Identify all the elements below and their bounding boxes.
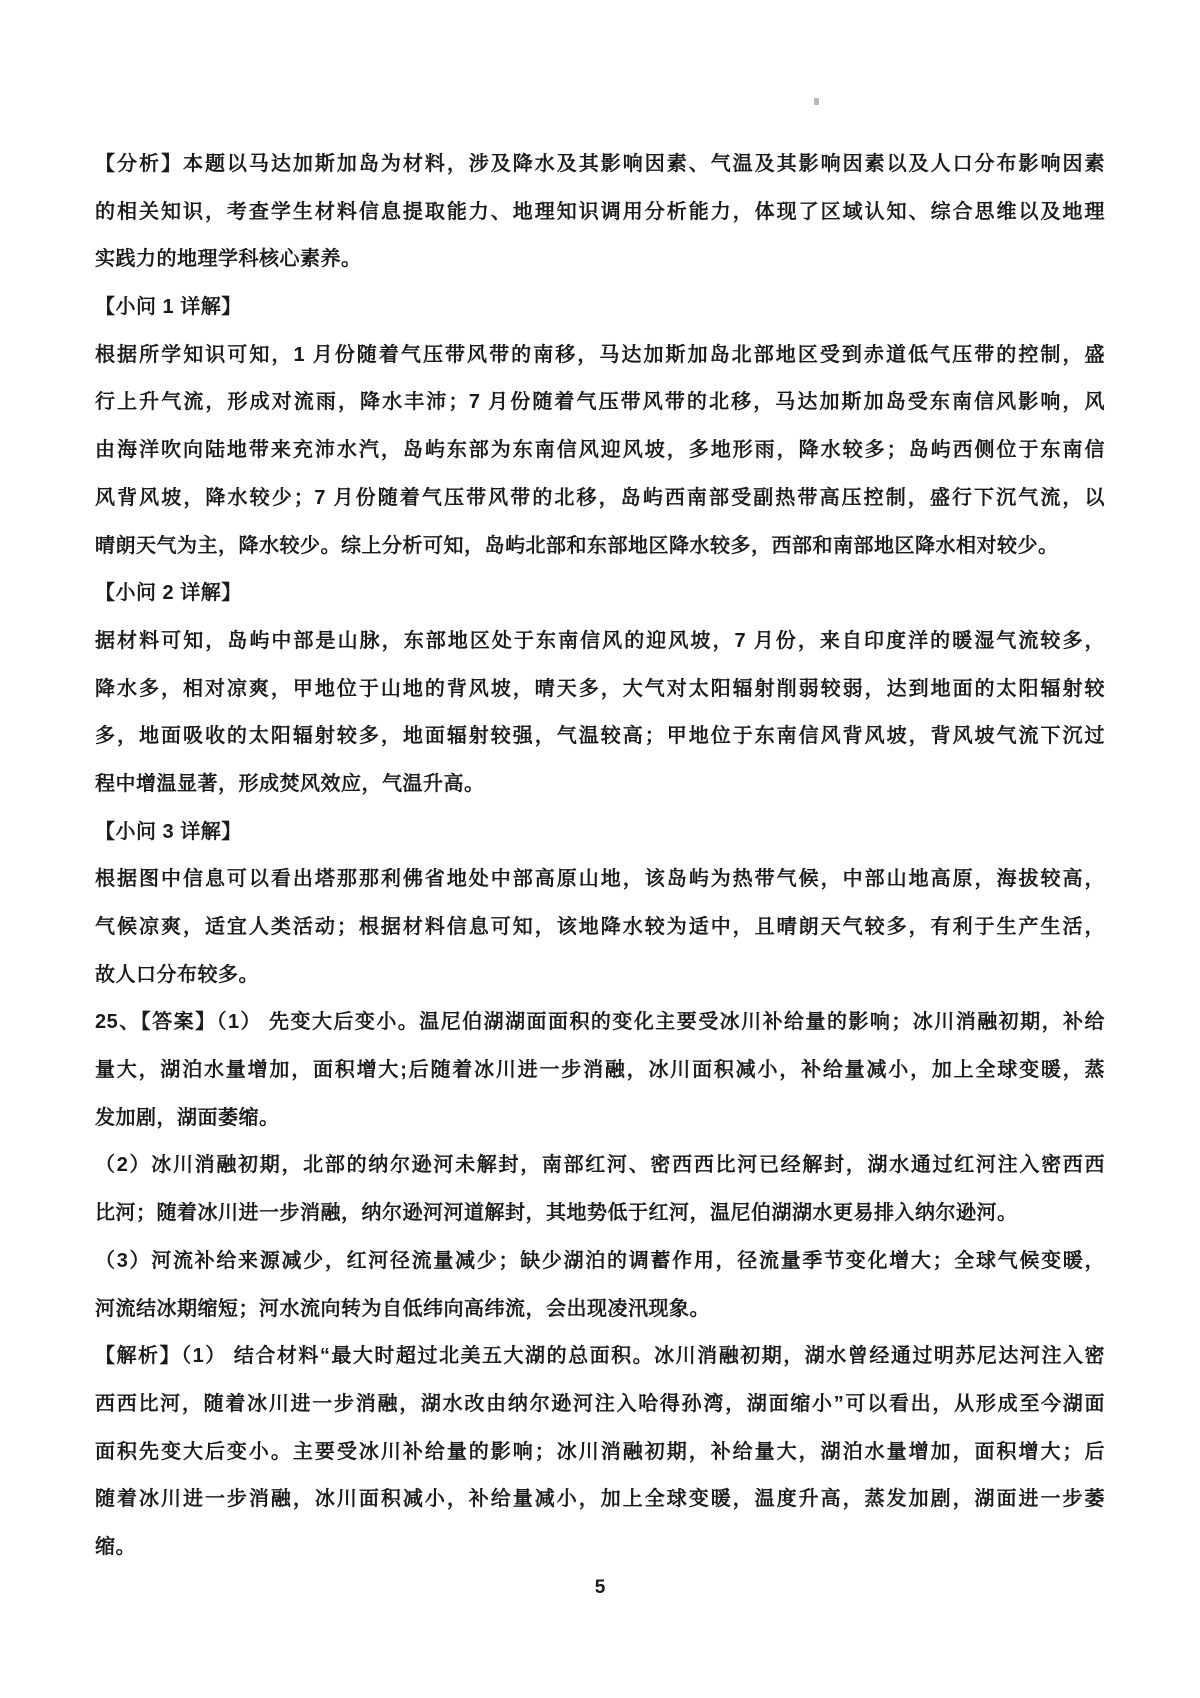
question-25-answer-part3-line: （3）河流补给来源减少，红河径流量减少；缺少湖泊的调蓄作用，径流量季节变化增大；… (95, 1238, 1105, 1286)
question-25-answer-part1-line: 25、【答案】（1） 先变大后变小。温尼伯湖湖面面积的变化主要受冰川补给量的影响… (95, 999, 1105, 1047)
subquestion-2-detail-line: 程中增温显著，形成焚风效应，气温升高。 (95, 761, 1105, 809)
subquestion-2-detail-line: 降水多，相对凉爽，甲地位于山地的背风坡，晴天多，大气对太阳辐射削弱较弱，达到地面… (95, 666, 1105, 714)
subquestion-3-heading-line: 【小问 3 详解】 (95, 809, 1105, 857)
subquestion-3-detail-line: 故人口分布较多。 (95, 952, 1105, 1000)
analysis-line: 的相关知识，考查学生材料信息提取能力、地理知识调用分析能力，体现了区域认知、综合… (95, 189, 1105, 237)
analysis-line: 【分析】本题以马达加斯加岛为材料，涉及降水及其影响因素、气温及其影响因素以及人口… (95, 141, 1105, 189)
subquestion-1-heading-line: 【小问 1 详解】 (95, 284, 1105, 332)
question-25-explanation-line: 面积先变大后变小。主要受冰川补给量的影响；冰川消融初期，补给量大，湖泊水量增加，… (95, 1429, 1105, 1477)
subquestion-1-detail-line: 风背风坡，降水较少；7 月份随着气压带风带的北移，岛屿西南部受副热带高压控制，盛… (95, 475, 1105, 523)
subquestion-1-detail-line: 根据所学知识可知，1 月份随着气压带风带的南移，马达加斯加岛北部地区受到赤道低气… (95, 332, 1105, 380)
stray-dot-mark (814, 98, 819, 105)
document-page: 【分析】本题以马达加斯加岛为材料，涉及降水及其影响因素、气温及其影响因素以及人口… (0, 0, 1200, 1698)
subquestion-2-detail-line: 据材料可知，岛屿中部是山脉，东部地区处于东南信风的迎风坡，7 月份，来自印度洋的… (95, 618, 1105, 666)
question-25-answer-part2-line: 比河；随着冰川进一步消融，纳尔逊河河道解封，其地势低于红河，温尼伯湖湖水更易排入… (95, 1190, 1105, 1238)
question-25-answer-part3-line: 河流结冰期缩短；河水流向转为自低纬向高纬流，会出现凌汛现象。 (95, 1286, 1105, 1334)
subquestion-1-detail-line: 行上升气流，形成对流雨，降水丰沛；7 月份随着气压带风带的北移，马达加斯加岛受东… (95, 379, 1105, 427)
question-25-answer-part1-line: 发加剧，湖面萎缩。 (95, 1095, 1105, 1143)
page-number: 5 (0, 1577, 1200, 1599)
question-25-explanation-line: 西西比河，随着冰川进一步消融，湖水改由纳尔逊河注入哈得孙湾，湖面缩小”可以看出，… (95, 1381, 1105, 1429)
analysis-line: 实践力的地理学科核心素养。 (95, 236, 1105, 284)
subquestion-1-detail-line: 晴朗天气为主，降水较少。综上分析可知，岛屿北部和东部地区降水较多，西部和南部地区… (95, 523, 1105, 571)
subquestion-2-detail-line: 多，地面吸收的太阳辐射较多，地面辐射较强，气温较高；甲地位于东南信风背风坡，背风… (95, 713, 1105, 761)
question-25-answer-part2-line: （2）冰川消融初期，北部的纳尔逊河未解封，南部红河、密西西比河已经解封，湖水通过… (95, 1142, 1105, 1190)
subquestion-1-detail-line: 由海洋吹向陆地带来充沛水汽，岛屿东部为东南信风迎风坡，多地形雨，降水较多；岛屿西… (95, 427, 1105, 475)
question-25-explanation-line: 【解析】（1） 结合材料“最大时超过北美五大湖的总面积。冰川消融初期，湖水曾经通… (95, 1333, 1105, 1381)
subquestion-3-detail-line: 气候凉爽，适宜人类活动；根据材料信息可知，该地降水较为适中，且晴朗天气较多，有利… (95, 904, 1105, 952)
question-25-explanation-line: 缩。 (95, 1524, 1105, 1572)
subquestion-2-heading-line: 【小问 2 详解】 (95, 570, 1105, 618)
question-25-explanation-line: 随着冰川进一步消融，冰川面积减小，补给量减小，加上全球变暖，温度升高，蒸发加剧，… (95, 1476, 1105, 1524)
document-body: 【分析】本题以马达加斯加岛为材料，涉及降水及其影响因素、气温及其影响因素以及人口… (95, 141, 1105, 1572)
subquestion-3-detail-line: 根据图中信息可以看出塔那那利佛省地处中部高原山地，该岛屿为热带气候，中部山地高原… (95, 856, 1105, 904)
question-25-answer-part1-line: 量大，湖泊水量增加，面积增大;后随着冰川进一步消融，冰川面积减小，补给量减小，加… (95, 1047, 1105, 1095)
